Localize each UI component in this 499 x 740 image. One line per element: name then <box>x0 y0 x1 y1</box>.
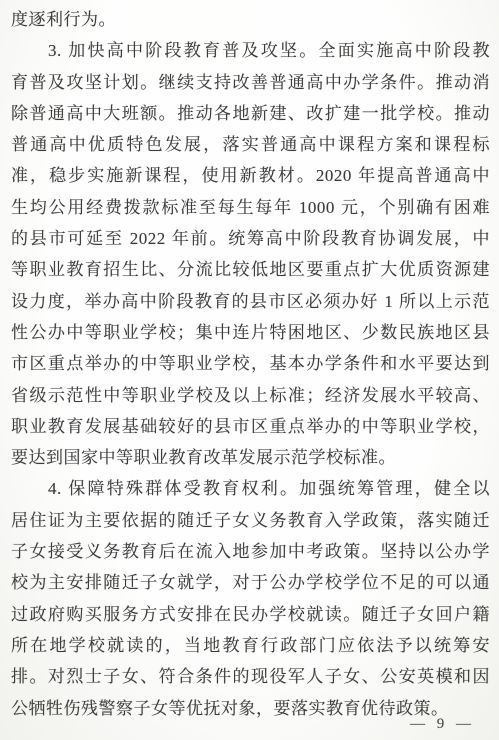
text-line: 准，稳步实施新课程，使用新教材。2020 年提高普通高中 <box>11 160 490 191</box>
text-line: 市区重点举办的中等职业学校，基本办学条件和水平要达到 <box>11 348 490 379</box>
text-line: 度逐利行为。 <box>11 4 490 35</box>
document-page: 度逐利行为。3. 加快高中阶段教育普及攻坚。全面实施高中阶段教育普及攻坚计划。继… <box>0 0 499 740</box>
page-number: — 9 — <box>410 714 475 734</box>
text-line: 生均公用经费拨款标准至每生每年 1000 元，个别确有困难 <box>11 192 490 223</box>
text-line: 普通高中优质特色发展，落实普通高中课程方案和课程标 <box>11 129 490 160</box>
text-line: 居住证为主要依据的随迁子女义务教育入学政策，落实随迁 <box>11 505 490 536</box>
text-line: 3. 加快高中阶段教育普及攻坚。全面实施高中阶段教 <box>11 35 490 66</box>
text-line: 排。对烈士子女、符合条件的现役军人子女、公安英模和因 <box>11 661 490 692</box>
text-line: 育普及攻坚计划。继续支持改善普通高中办学条件。推动消 <box>11 67 490 98</box>
text-line: 校为主安排随迁子女就学，对于公办学校学位不足的可以通 <box>11 567 490 598</box>
text-line: 过政府购买服务方式安排在民办学校就读。随迁子女回户籍 <box>11 599 490 630</box>
text-line: 职业教育发展基础较好的县市区重点举办的中等职业学校， <box>11 411 490 442</box>
text-line: 设力度，举办高中阶段教育的县市区必须办好 1 所以上示范 <box>11 286 490 317</box>
document-text-block: 度逐利行为。3. 加快高中阶段教育普及攻坚。全面实施高中阶段教育普及攻坚计划。继… <box>11 4 490 724</box>
text-line: 性公办中等职业学校；集中连片特困地区、少数民族地区县 <box>11 317 490 348</box>
text-line: 子女接受义务教育后在流入地参加中考政策。坚持以公办学 <box>11 536 490 567</box>
text-line: 的县市可延至 2022 年前。统筹高中阶段教育协调发展，中 <box>11 223 490 254</box>
text-line: 等职业教育招生比、分流比较低地区要重点扩大优质资源建 <box>11 254 490 285</box>
text-line: 所在地学校就读的，当地教育行政部门应依法予以统筹安 <box>11 630 490 661</box>
text-line: 4. 保障特殊群体受教育权利。加强统筹管理，健全以 <box>11 473 490 504</box>
text-line: 要达到国家中等职业教育改革发展示范学校标准。 <box>11 442 490 473</box>
text-line: 除普通高中大班额。推动各地新建、改扩建一批学校。推动 <box>11 98 490 129</box>
text-line: 省级示范性中等职业学校及以上标准；经济发展水平较高、 <box>11 380 490 411</box>
